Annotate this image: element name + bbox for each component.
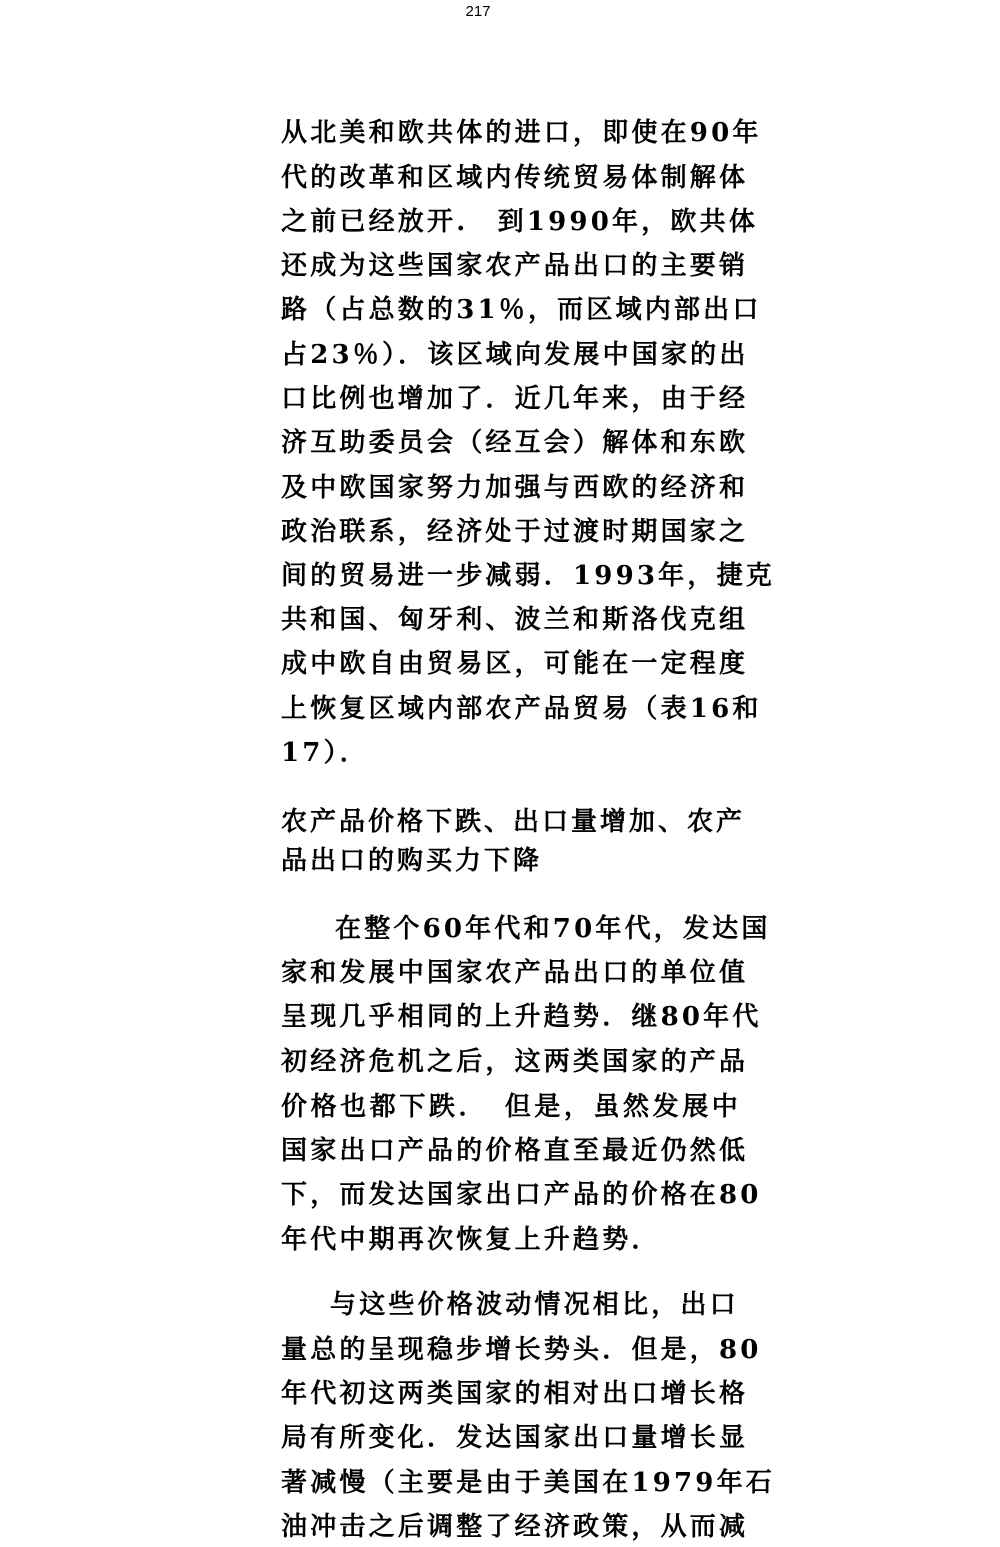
- text-line: 年代中期再次恢复上升趋势．: [281, 1222, 741, 1258]
- text-line: 与这些价格波动情况相比，出口: [330, 1287, 735, 1323]
- text-line: 局有所变化．发达国家出口量增长显: [281, 1420, 741, 1456]
- text-line: 17）．: [281, 735, 741, 771]
- text-line: 共和国、匈牙利、波兰和斯洛伐克组: [281, 602, 741, 638]
- text-line: 间的贸易进一步减弱．1993年，捷克: [281, 558, 741, 594]
- text-line: 家和发展中国家农产品出口的单位值: [281, 955, 741, 991]
- text-line: 在整个60年代和70年代，发达国: [335, 911, 741, 947]
- text-line: 路（占总数的31％，而区域内部出口: [281, 292, 741, 328]
- text-line: 成中欧自由贸易区，可能在一定程度: [281, 646, 741, 682]
- text-line: 济互助委员会（经互会）解体和东欧: [281, 425, 741, 461]
- text-line: 著减慢（主要是由于美国在1979年石: [281, 1465, 741, 1501]
- text-line: 占23％）．该区域向发展中国家的出: [281, 337, 741, 373]
- text-line: 之前已经放开. 到1990年，欧共体: [281, 204, 741, 240]
- text-line: 价格也都下跌． 但是，虽然发展中: [281, 1089, 741, 1125]
- page-number: 217: [0, 2, 956, 22]
- heading-line: 农产品价格下跌、出口量增加、农产: [281, 804, 741, 840]
- text-line: 还成为这些国家农产品出口的主要销: [281, 248, 741, 284]
- text-line: 口比例也增加了．近几年来，由于经: [281, 381, 741, 417]
- text-line: 政治联系，经济处于过渡时期国家之: [281, 514, 741, 550]
- heading-line: 品出口的购买力下降: [281, 843, 741, 879]
- text-line: 下，而发达国家出口产品的价格在80: [281, 1177, 741, 1213]
- text-line: 初经济危机之后，这两类国家的产品: [281, 1044, 741, 1080]
- text-line: 上恢复区域内部农产品贸易（表16和: [281, 691, 741, 727]
- text-line: 年代初这两类国家的相对出口增长格: [281, 1376, 741, 1412]
- text-line: 代的改革和区域内传统贸易体制解体: [281, 160, 741, 196]
- text-line: 从北美和欧共体的进口，即使在90年: [281, 115, 741, 151]
- text-line: 国家出口产品的价格直至最近仍然低: [281, 1133, 741, 1169]
- text-line: 油冲击之后调整了经济政策，从而减: [281, 1509, 741, 1545]
- text-line: 呈现几乎相同的上升趋势．继80年代: [281, 999, 741, 1035]
- text-line: 量总的呈现稳步增长势头．但是，80: [281, 1332, 741, 1368]
- text-line: 及中欧国家努力加强与西欧的经济和: [281, 470, 741, 506]
